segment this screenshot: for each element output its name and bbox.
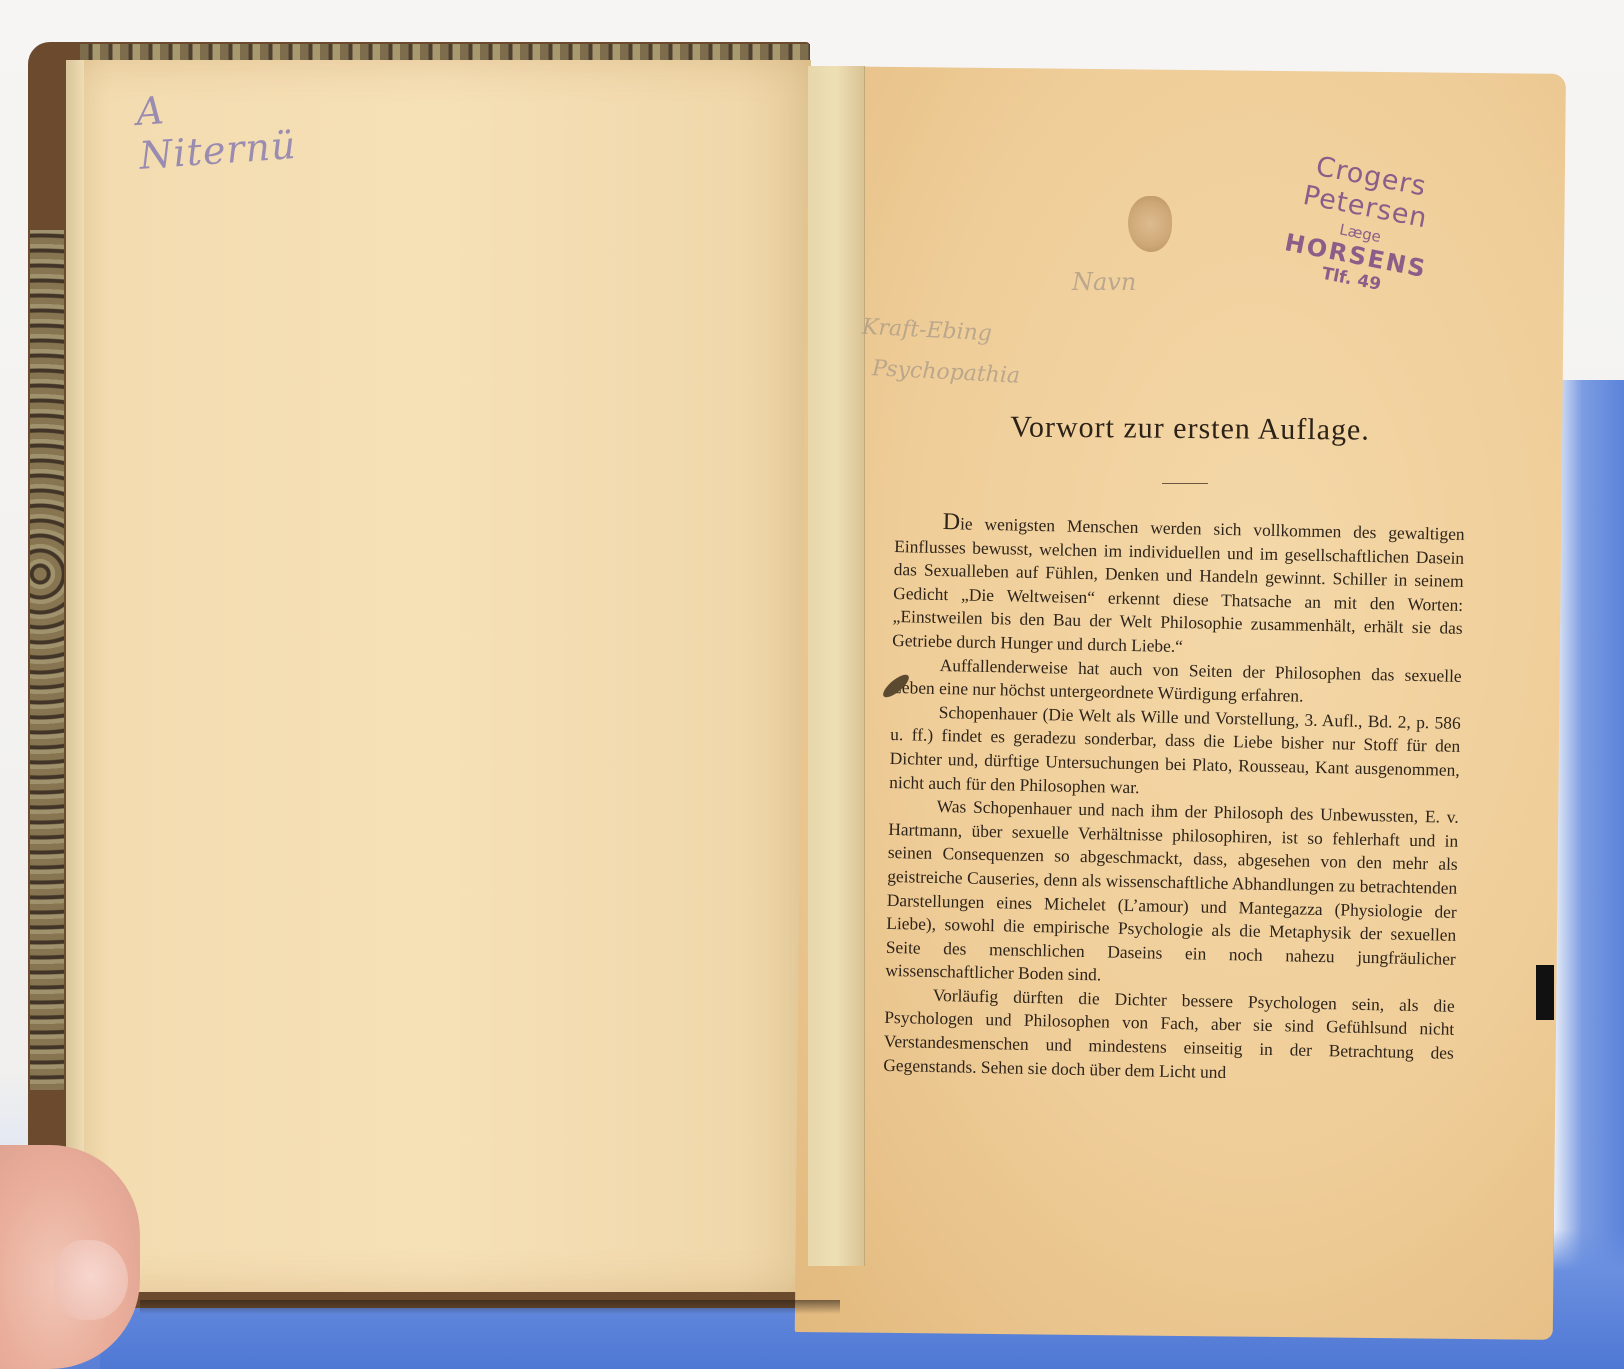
paragraph: Vorläufig dürften die Dichter bessere Ps… [883,983,1455,1089]
pencil-note-navn: Navn [1072,268,1136,296]
blue-cloth-right [1554,380,1624,1369]
endpaper-edge [66,60,84,1292]
left-endpaper [66,60,811,1292]
title-divider [1162,483,1208,484]
paragraph: Was Schopenhauer und nach ihm der Philos… [885,794,1459,995]
gutter-binding-strip [808,66,865,1266]
preface-body: Die wenigsten Menschen werden sich vollk… [883,510,1465,1089]
cover-marbled-edge-left [30,230,64,1090]
paragraph: Schopenhauer (Die Welt als Wille und Vor… [889,700,1461,806]
book-shadow [140,1300,840,1314]
page-title: Vorwort zur ersten Auflage. [980,410,1400,448]
handwritten-signature: A Niternü [135,78,312,190]
water-stain [1128,196,1172,252]
page-tear [1536,965,1554,1020]
paragraph: Die wenigsten Menschen werden sich vollk… [892,510,1465,664]
thumb-nail [54,1240,128,1320]
